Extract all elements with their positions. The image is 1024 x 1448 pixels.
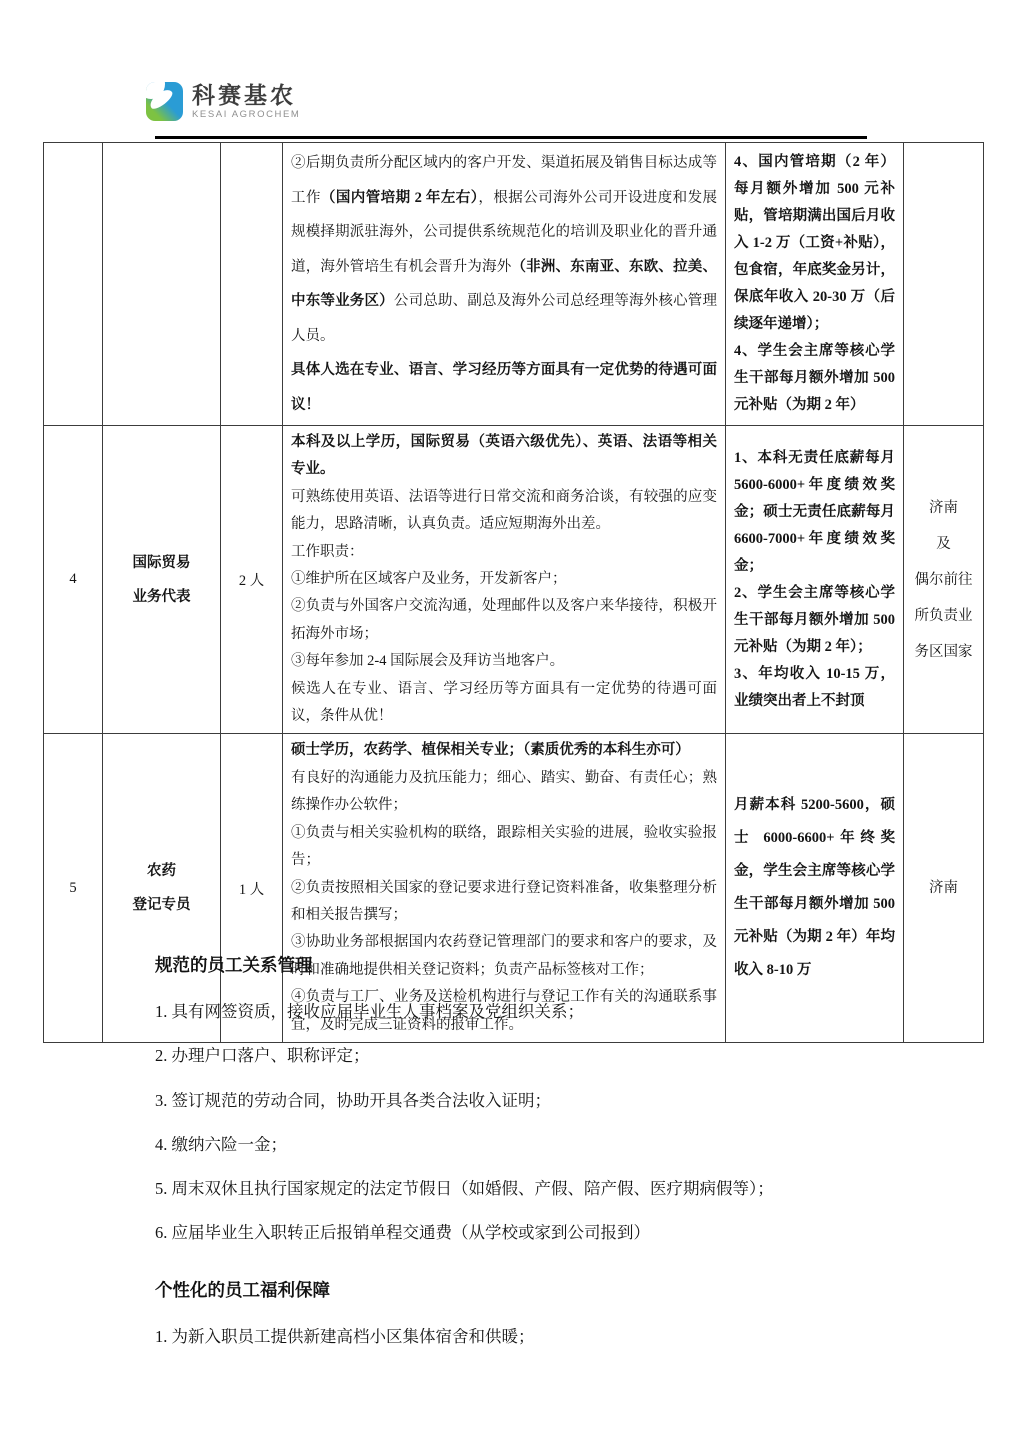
job-table-body: ②后期负责所分配区域内的客户开发、渠道拓展及销售目标达成等工作（国内管培期 2 … — [44, 143, 984, 1043]
description-paragraph: 本科及以上学历，国际贸易（英语六级优先）、英语、法语等相关专业。 — [291, 429, 717, 484]
section-item: 4. 缴纳六险一金； — [155, 1134, 875, 1156]
salary-paragraph: 4、学生会主席等核心学生干部每月额外增加 500 元补贴（为期 2 年） — [734, 338, 895, 419]
description-paragraph: ①维护所在区域客户及业务，开发新客户； — [291, 566, 717, 593]
job-title-line: 登记专员 — [111, 888, 212, 922]
cell-job-description: 本科及以上学历，国际贸易（英语六级优先）、英语、法语等相关专业。可熟练使用英语、… — [283, 426, 726, 734]
cell-location: 济南 — [904, 734, 984, 1042]
cell-row-number — [44, 143, 103, 426]
section-heading: 个性化的员工福利保障 — [155, 1277, 875, 1302]
cell-headcount — [221, 143, 283, 426]
description-paragraph: 硕士学历，农药学、植保相关专业；（素质优秀的本科生亦可） — [291, 737, 717, 764]
text-segment: （国内管培期 2 年左右） — [321, 190, 479, 206]
text-segment: ①负责与相关实验机构的联络，跟踪相关实验的进展，验收实验报告； — [291, 825, 717, 868]
text-segment: 4、学生会主席等核心学生干部每月额外增加 500 元补贴（为期 2 年） — [734, 343, 895, 413]
salary-paragraph: 2、学生会主席等核心学生干部每月额外增加 500 元补贴（为期 2 年）； — [734, 580, 895, 661]
text-segment: 1、本科无责任底薪每月 5600-6000+年度绩效奖金；硕士无责任底薪每月 6… — [734, 450, 895, 574]
text-segment: ②负责与外国客户交流沟通，处理邮件以及客户来华接待，积极开拓海外市场； — [291, 598, 717, 641]
location-line: 务区国家 — [912, 634, 975, 670]
section-item: 5. 周末双休且执行国家规定的法定节假日（如婚假、产假、陪产假、医疗期病假等）； — [155, 1178, 875, 1200]
table-row: 4国际贸易业务代表2 人本科及以上学历，国际贸易（英语六级优先）、英语、法语等相… — [44, 426, 984, 734]
description-paragraph: ②负责按照相关国家的登记要求进行登记资料准备，收集整理分析和相关报告撰写； — [291, 875, 717, 930]
cell-row-number: 5 — [44, 734, 103, 1042]
text-segment: 本科及以上学历，国际贸易（英语六级优先）、英语、法语等相关专业。 — [291, 434, 717, 477]
company-name-en: KESAI AGROCHEM — [192, 110, 300, 120]
benefit-sections: 规范的员工关系管理1. 具有网签资质，接收应届毕业生人事档案及党组织关系；2. … — [155, 952, 875, 1348]
description-paragraph: 有良好的沟通能力及抗压能力；细心、踏实、勤奋、有责任心；熟练操作办公软件； — [291, 765, 717, 820]
text-segment: 3、年均收入 10-15 万，业绩突出者上不封顶 — [734, 666, 895, 709]
description-paragraph: 工作职责： — [291, 539, 717, 566]
cell-job-title — [103, 143, 221, 426]
description-paragraph: 候选人在专业、语言、学习经历等方面具有一定优势的待遇可面议，条件从优！ — [291, 676, 717, 731]
cell-salary: 1、本科无责任底薪每月 5600-6000+年度绩效奖金；硕士无责任底薪每月 6… — [726, 426, 904, 734]
company-logo: 科赛基农 KESAI AGROCHEM — [146, 82, 300, 121]
text-segment: 4、国内管培期（2 年）每月额外增加 500 元补贴，管培期满出国后月收入 1-… — [734, 154, 895, 332]
cell-salary: 4、国内管培期（2 年）每月额外增加 500 元补贴，管培期满出国后月收入 1-… — [726, 143, 904, 426]
salary-paragraph: 3、年均收入 10-15 万，业绩突出者上不封顶 — [734, 661, 895, 715]
text-segment: 具体人选在专业、语言、学习经历等方面具有一定优势的待遇可面议！ — [291, 362, 717, 413]
location-line: 济南 — [912, 870, 975, 906]
description-paragraph: 可熟练使用英语、法语等进行日常交流和商务洽谈，有较强的应变能力，思路清晰，认真负… — [291, 484, 717, 539]
company-logo-text: 科赛基农 KESAI AGROCHEM — [192, 84, 300, 120]
job-title-line: 农药 — [111, 854, 212, 888]
cell-headcount: 2 人 — [221, 426, 283, 734]
text-segment: ①维护所在区域客户及业务，开发新客户； — [291, 571, 567, 587]
description-paragraph: 具体人选在专业、语言、学习经历等方面具有一定优势的待遇可面议！ — [291, 353, 717, 422]
cell-location — [904, 143, 984, 426]
document-page: 科赛基农 KESAI AGROCHEM ②后期负责所分配区域内的客户开发、渠道拓… — [0, 0, 1024, 1448]
section-item: 2. 办理户口落户、职称评定； — [155, 1045, 875, 1067]
company-name-cn: 科赛基农 — [192, 84, 300, 107]
section-item: 1. 具有网签资质，接收应届毕业生人事档案及党组织关系； — [155, 1001, 875, 1023]
description-paragraph: ②负责与外国客户交流沟通，处理邮件以及客户来华接待，积极开拓海外市场； — [291, 593, 717, 648]
text-segment: 有良好的沟通能力及抗压能力；细心、踏实、勤奋、有责任心；熟练操作办公软件； — [291, 770, 717, 813]
job-positions-table: ②后期负责所分配区域内的客户开发、渠道拓展及销售目标达成等工作（国内管培期 2 … — [43, 142, 984, 1043]
location-line: 及 — [912, 526, 975, 562]
text-segment: 2、学生会主席等核心学生干部每月额外增加 500 元补贴（为期 2 年）； — [734, 585, 895, 655]
job-title-line: 国际贸易 — [111, 546, 212, 580]
cell-location: 济南及偶尔前往所负责业务区国家 — [904, 426, 984, 734]
text-segment: ③每年参加 2-4 国际展会及拜访当地客户。 — [291, 653, 564, 669]
description-paragraph: ①负责与相关实验机构的联络，跟踪相关实验的进展，验收实验报告； — [291, 820, 717, 875]
table-row: ②后期负责所分配区域内的客户开发、渠道拓展及销售目标达成等工作（国内管培期 2 … — [44, 143, 984, 426]
text-segment: ②负责按照相关国家的登记要求进行登记资料准备，收集整理分析和相关报告撰写； — [291, 880, 717, 923]
location-line: 所负责业 — [912, 598, 975, 634]
description-paragraph: ②后期负责所分配区域内的客户开发、渠道拓展及销售目标达成等工作（国内管培期 2 … — [291, 146, 717, 353]
text-segment: 工作职责： — [291, 544, 364, 560]
section-item: 1. 为新入职员工提供新建高档小区集体宿舍和供暖； — [155, 1326, 875, 1348]
text-segment: 候选人在专业、语言、学习经历等方面具有一定优势的待遇可面议，条件从优！ — [291, 681, 717, 724]
section-item: 3. 签订规范的劳动合同，协助开具各类合法收入证明； — [155, 1090, 875, 1112]
text-segment: 可熟练使用英语、法语等进行日常交流和商务洽谈，有较强的应变能力，思路清晰，认真负… — [291, 489, 717, 532]
salary-paragraph: 1、本科无责任底薪每月 5600-6000+年度绩效奖金；硕士无责任底薪每月 6… — [734, 445, 895, 580]
company-logo-icon — [146, 82, 183, 121]
cell-job-description: ②后期负责所分配区域内的客户开发、渠道拓展及销售目标达成等工作（国内管培期 2 … — [283, 143, 726, 426]
description-paragraph: ③每年参加 2-4 国际展会及拜访当地客户。 — [291, 648, 717, 675]
job-title-line: 业务代表 — [111, 580, 212, 614]
salary-paragraph: 4、国内管培期（2 年）每月额外增加 500 元补贴，管培期满出国后月收入 1-… — [734, 149, 895, 338]
section-item: 6. 应届毕业生入职转正后报销单程交通费（从学校或家到公司报到） — [155, 1222, 875, 1244]
cell-row-number: 4 — [44, 426, 103, 734]
header-divider-rule — [155, 136, 867, 139]
text-segment: 硕士学历，农药学、植保相关专业；（素质优秀的本科生亦可） — [291, 742, 690, 758]
cell-job-title: 国际贸易业务代表 — [103, 426, 221, 734]
location-line: 偶尔前往 — [912, 562, 975, 598]
location-line: 济南 — [912, 490, 975, 526]
section-heading: 规范的员工关系管理 — [155, 952, 875, 977]
